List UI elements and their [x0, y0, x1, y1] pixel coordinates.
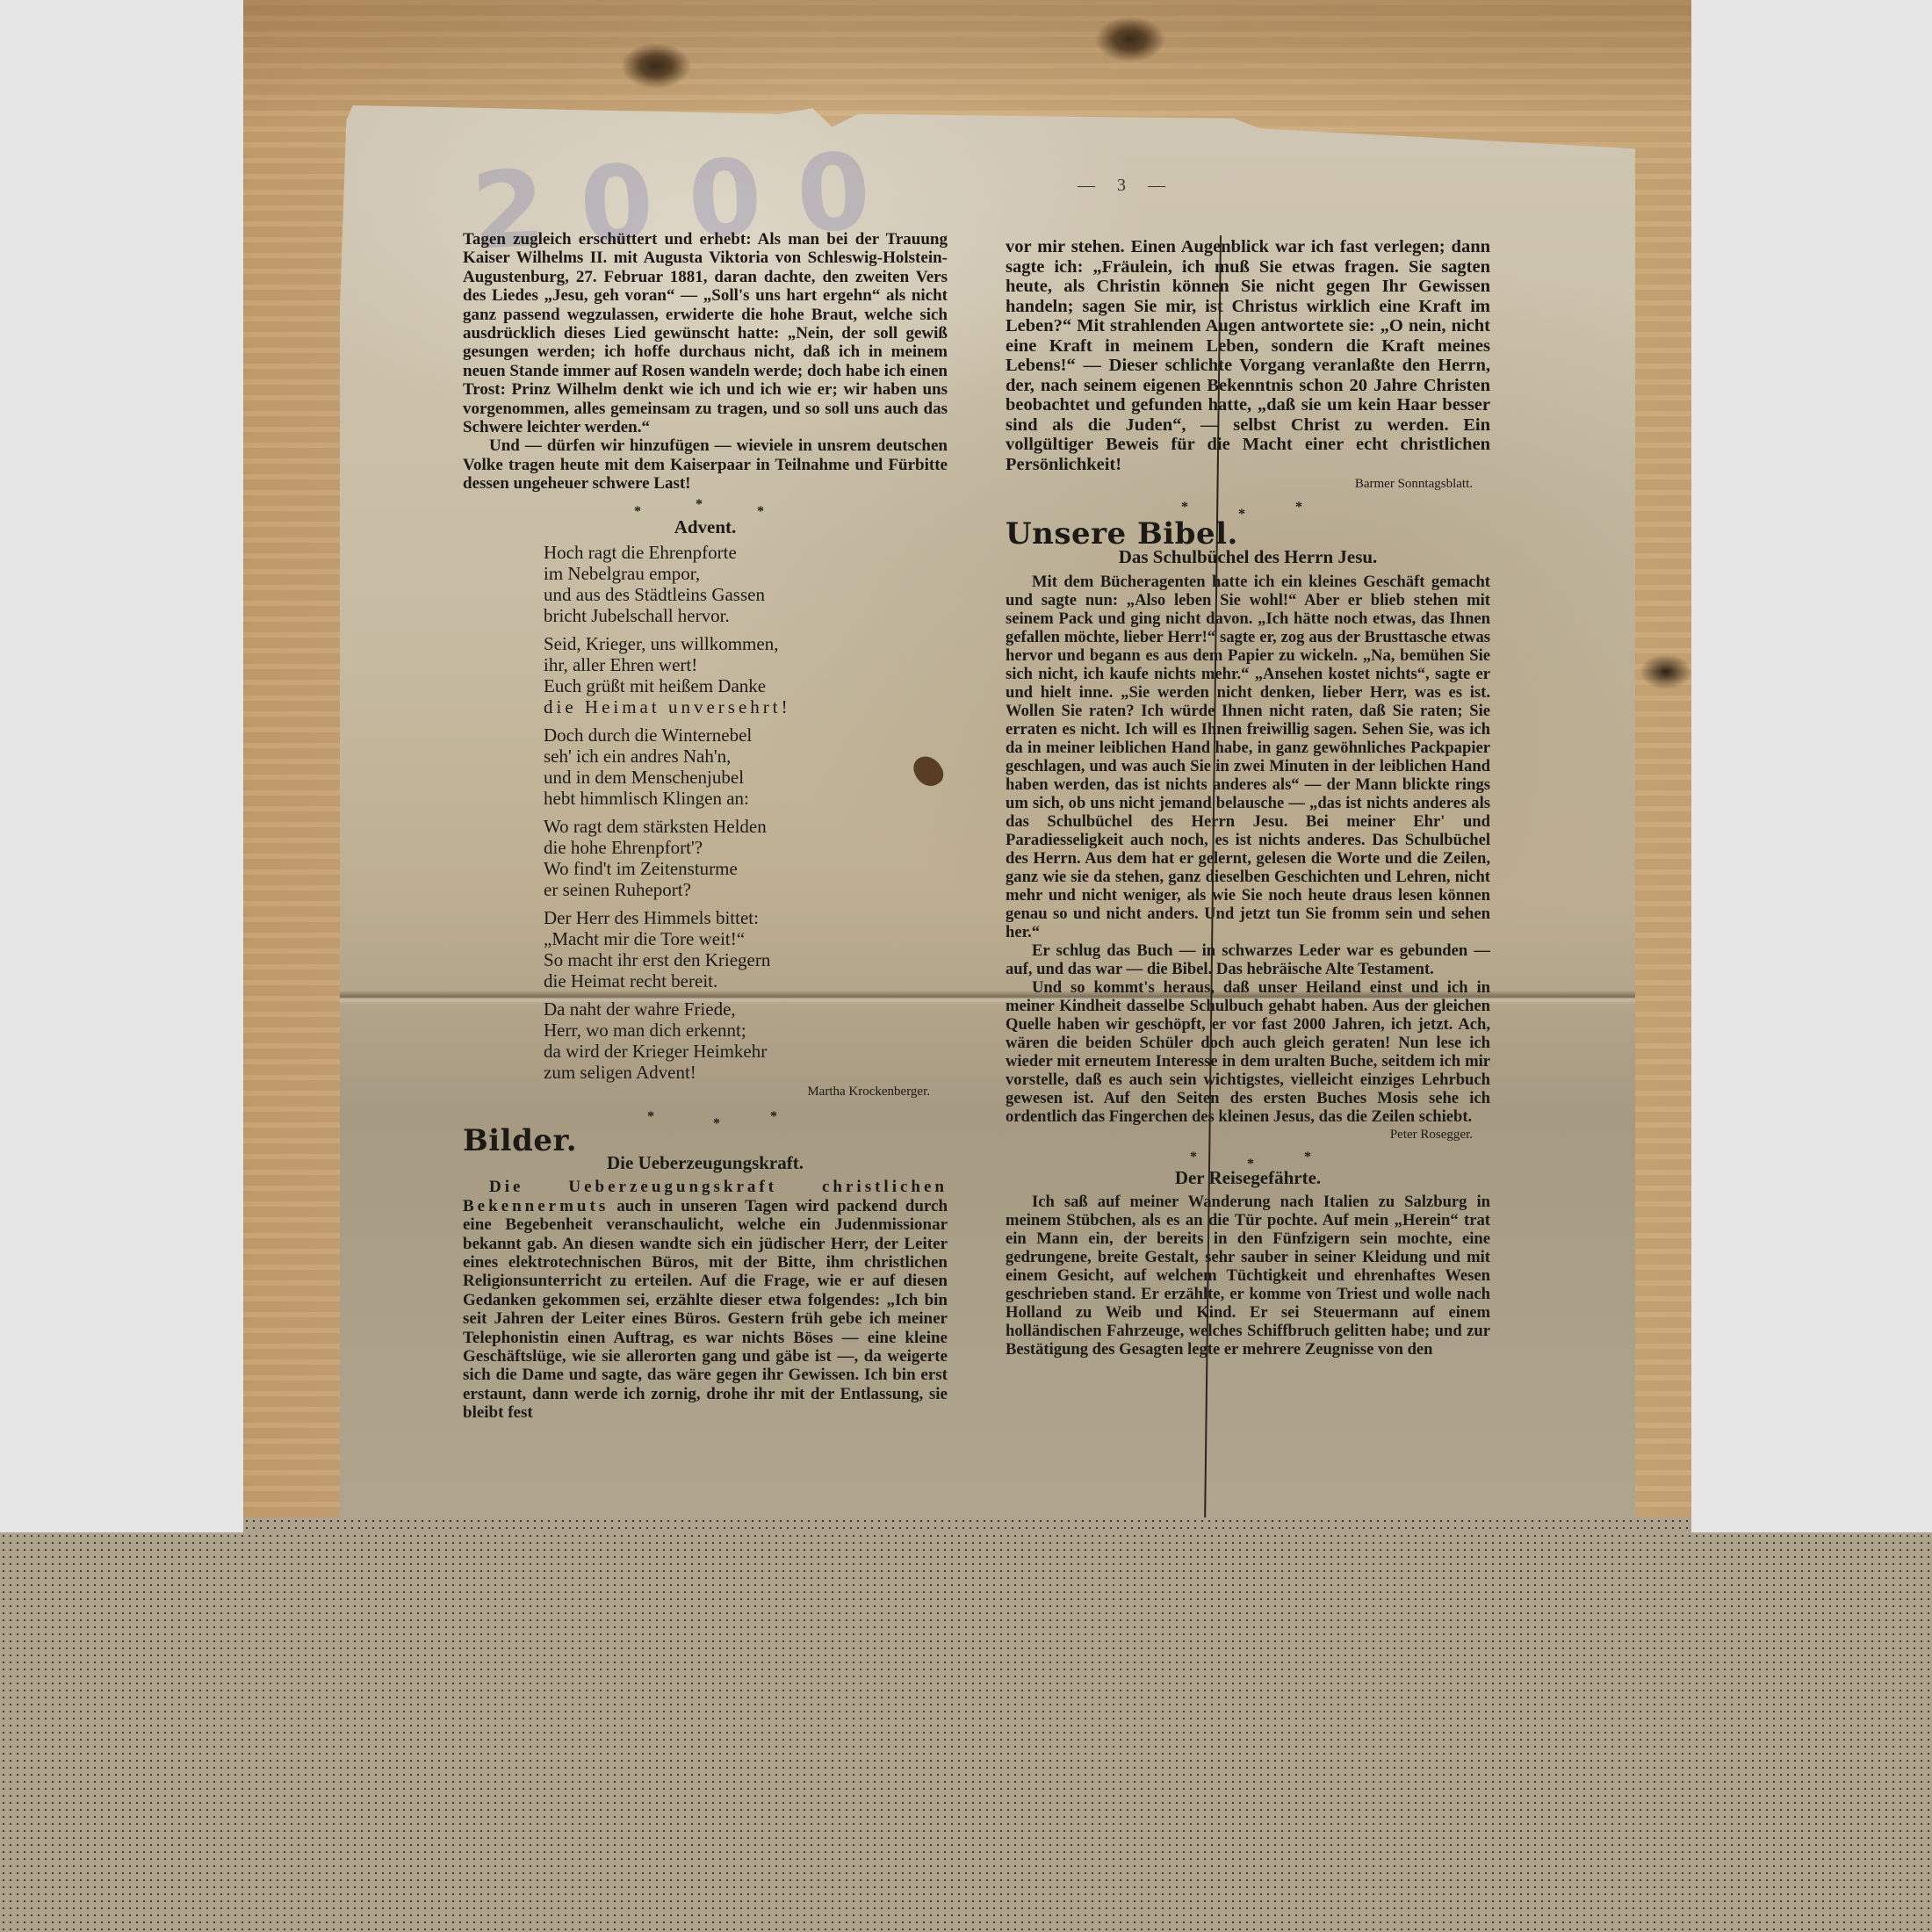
page-number: — 3 — [1078, 176, 1174, 196]
separator-stars: * * * [1006, 1144, 1490, 1167]
poem: Hoch ragt die Ehrenpforteim Nebelgrau em… [544, 542, 948, 1083]
separator-stars: * * * [1006, 494, 1490, 517]
poem-stanza: Da naht der wahre Friede,Herr, wo man di… [544, 998, 948, 1083]
second-paragraph: Und — dürfen wir hinzufügen — wieviele i… [463, 436, 948, 493]
poem-stanza: Hoch ragt die Ehrenpforteim Nebelgrau em… [544, 542, 948, 626]
bottom-band [0, 1532, 1932, 1932]
bottom-band [243, 1517, 1691, 1532]
poem-stanza: Wo ragt dem stärksten Heldendie hohe Ehr… [544, 816, 948, 900]
right-column: vor mir stehen. Einen Augenblick war ich… [1006, 237, 1490, 1359]
intro-paragraph: Tagen zugleich erschüttert und erhebt: A… [463, 230, 948, 436]
continuation-paragraph: vor mir stehen. Einen Augenblick war ich… [1006, 237, 1490, 474]
article-body: Die Ueberzeugungskraft christlichen Beke… [463, 1178, 948, 1422]
article-paragraph: Mit dem Bücheragenten hatte ich ein klei… [1006, 573, 1490, 941]
article-author: Peter Rosegger. [1006, 1126, 1490, 1144]
separator-stars: * * * [463, 1102, 948, 1125]
poem-stanza: Seid, Krieger, uns willkommen,ihr, aller… [544, 633, 948, 717]
section-title-bilder: Bilder. [463, 1132, 948, 1150]
article-paragraph: Und so kommt's heraus, daß unser Heiland… [1006, 978, 1490, 1126]
section-title-unsere-bibel: Unsere Bibel. [1006, 524, 1490, 544]
source-attribution: Barmer Sonntagsblatt. [1006, 474, 1490, 494]
article-paragraph: Er schlug das Buch — in schwarzes Leder … [1006, 941, 1490, 978]
poem-author: Martha Krockenberger. [463, 1083, 948, 1101]
left-column: Tagen zugleich erschüttert und erhebt: A… [463, 230, 948, 1423]
article-body: Ich saß auf meiner Wanderung nach Italie… [1006, 1193, 1490, 1359]
poem-title: Advent. [463, 518, 948, 537]
poem-stanza: Der Herr des Himmels bittet:„Macht mir d… [544, 907, 948, 991]
document-photo: 2000 — 3 — Tagen zugleich erschüttert un… [243, 0, 1691, 1532]
separator-stars: * * * [463, 494, 948, 516]
poem-stanza: Doch durch die Winternebelseh' ich ein a… [544, 724, 948, 809]
